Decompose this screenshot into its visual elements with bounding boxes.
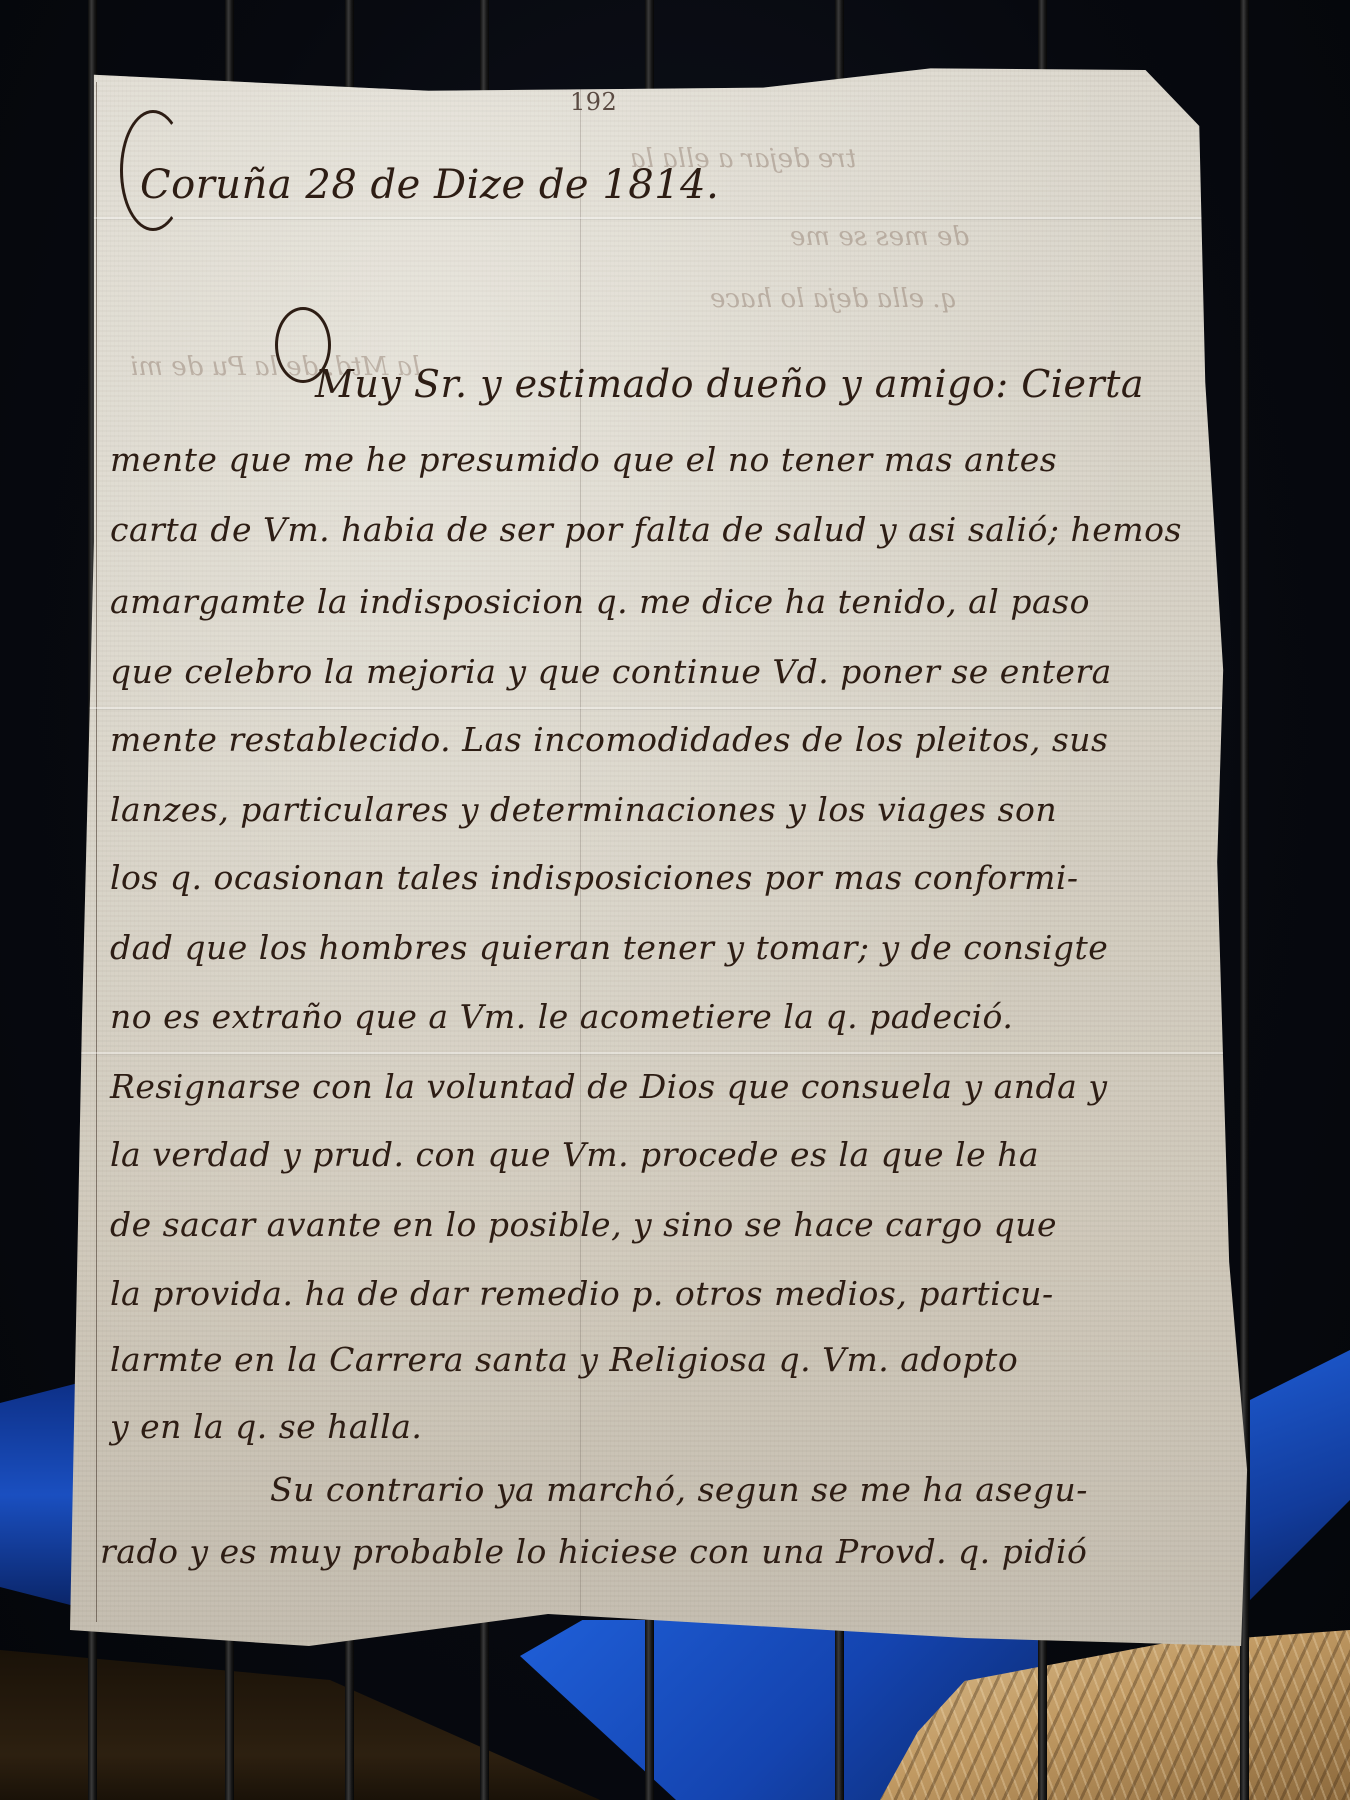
letter-line-salutation: Muy Sr. y estimado dueño y amigo: Cierta — [315, 362, 1144, 406]
letter-line: de sacar avante en lo posible, y sino se… — [110, 1205, 1057, 1244]
letter-line: rado y es muy probable lo hiciese con un… — [100, 1532, 1087, 1571]
letter-line: y en la q. se halla. — [110, 1407, 422, 1446]
photo-scene: tre dejar a ella la de mes se me q. ella… — [0, 0, 1350, 1800]
letter-line: mente restablecido. Las incomodidades de… — [110, 720, 1108, 759]
letter-line: la provida. ha de dar remedio p. otros m… — [110, 1274, 1054, 1313]
letter-line: la verdad y prud. con que Vm. procede es… — [110, 1135, 1039, 1174]
margin-rule — [96, 82, 97, 1622]
letter-paper: tre dejar a ella la de mes se me q. ella… — [70, 62, 1265, 1662]
letter-line: carta de Vm. habia de ser por falta de s… — [110, 510, 1182, 549]
place-date: Coruña 28 de Dize de 1814. — [140, 162, 719, 208]
letter-line: larmte en la Carrera santa y Religiosa q… — [110, 1340, 1018, 1379]
letter-line: dad que los hombres quieran tener y toma… — [110, 928, 1108, 967]
letter-line: Resignarse con la voluntad de Dios que c… — [110, 1067, 1107, 1106]
letter-line: amargamte la indisposicion q. me dice ha… — [110, 582, 1090, 621]
letter-line: Su contrario ya marchó, segun se me ha a… — [270, 1470, 1088, 1509]
fold-crease — [70, 217, 1265, 219]
fold-crease — [70, 707, 1265, 709]
bleed-through-text: q. ella deja lo hace — [710, 284, 957, 314]
fold-crease — [70, 1052, 1265, 1054]
letter-line: lanzes, particulares y determinaciones y… — [110, 790, 1057, 829]
bleed-through-text: de mes se me — [790, 222, 969, 252]
folio-number: 192 — [570, 88, 617, 116]
letter-line: mente que me he presumido que el no tene… — [110, 440, 1057, 479]
letter-line: que celebro la mejoria y que continue Vd… — [110, 652, 1112, 691]
letter-line: no es extraño que a Vm. le acometiere la… — [110, 997, 1013, 1036]
letter-line: los q. ocasionan tales indisposiciones p… — [110, 858, 1079, 897]
